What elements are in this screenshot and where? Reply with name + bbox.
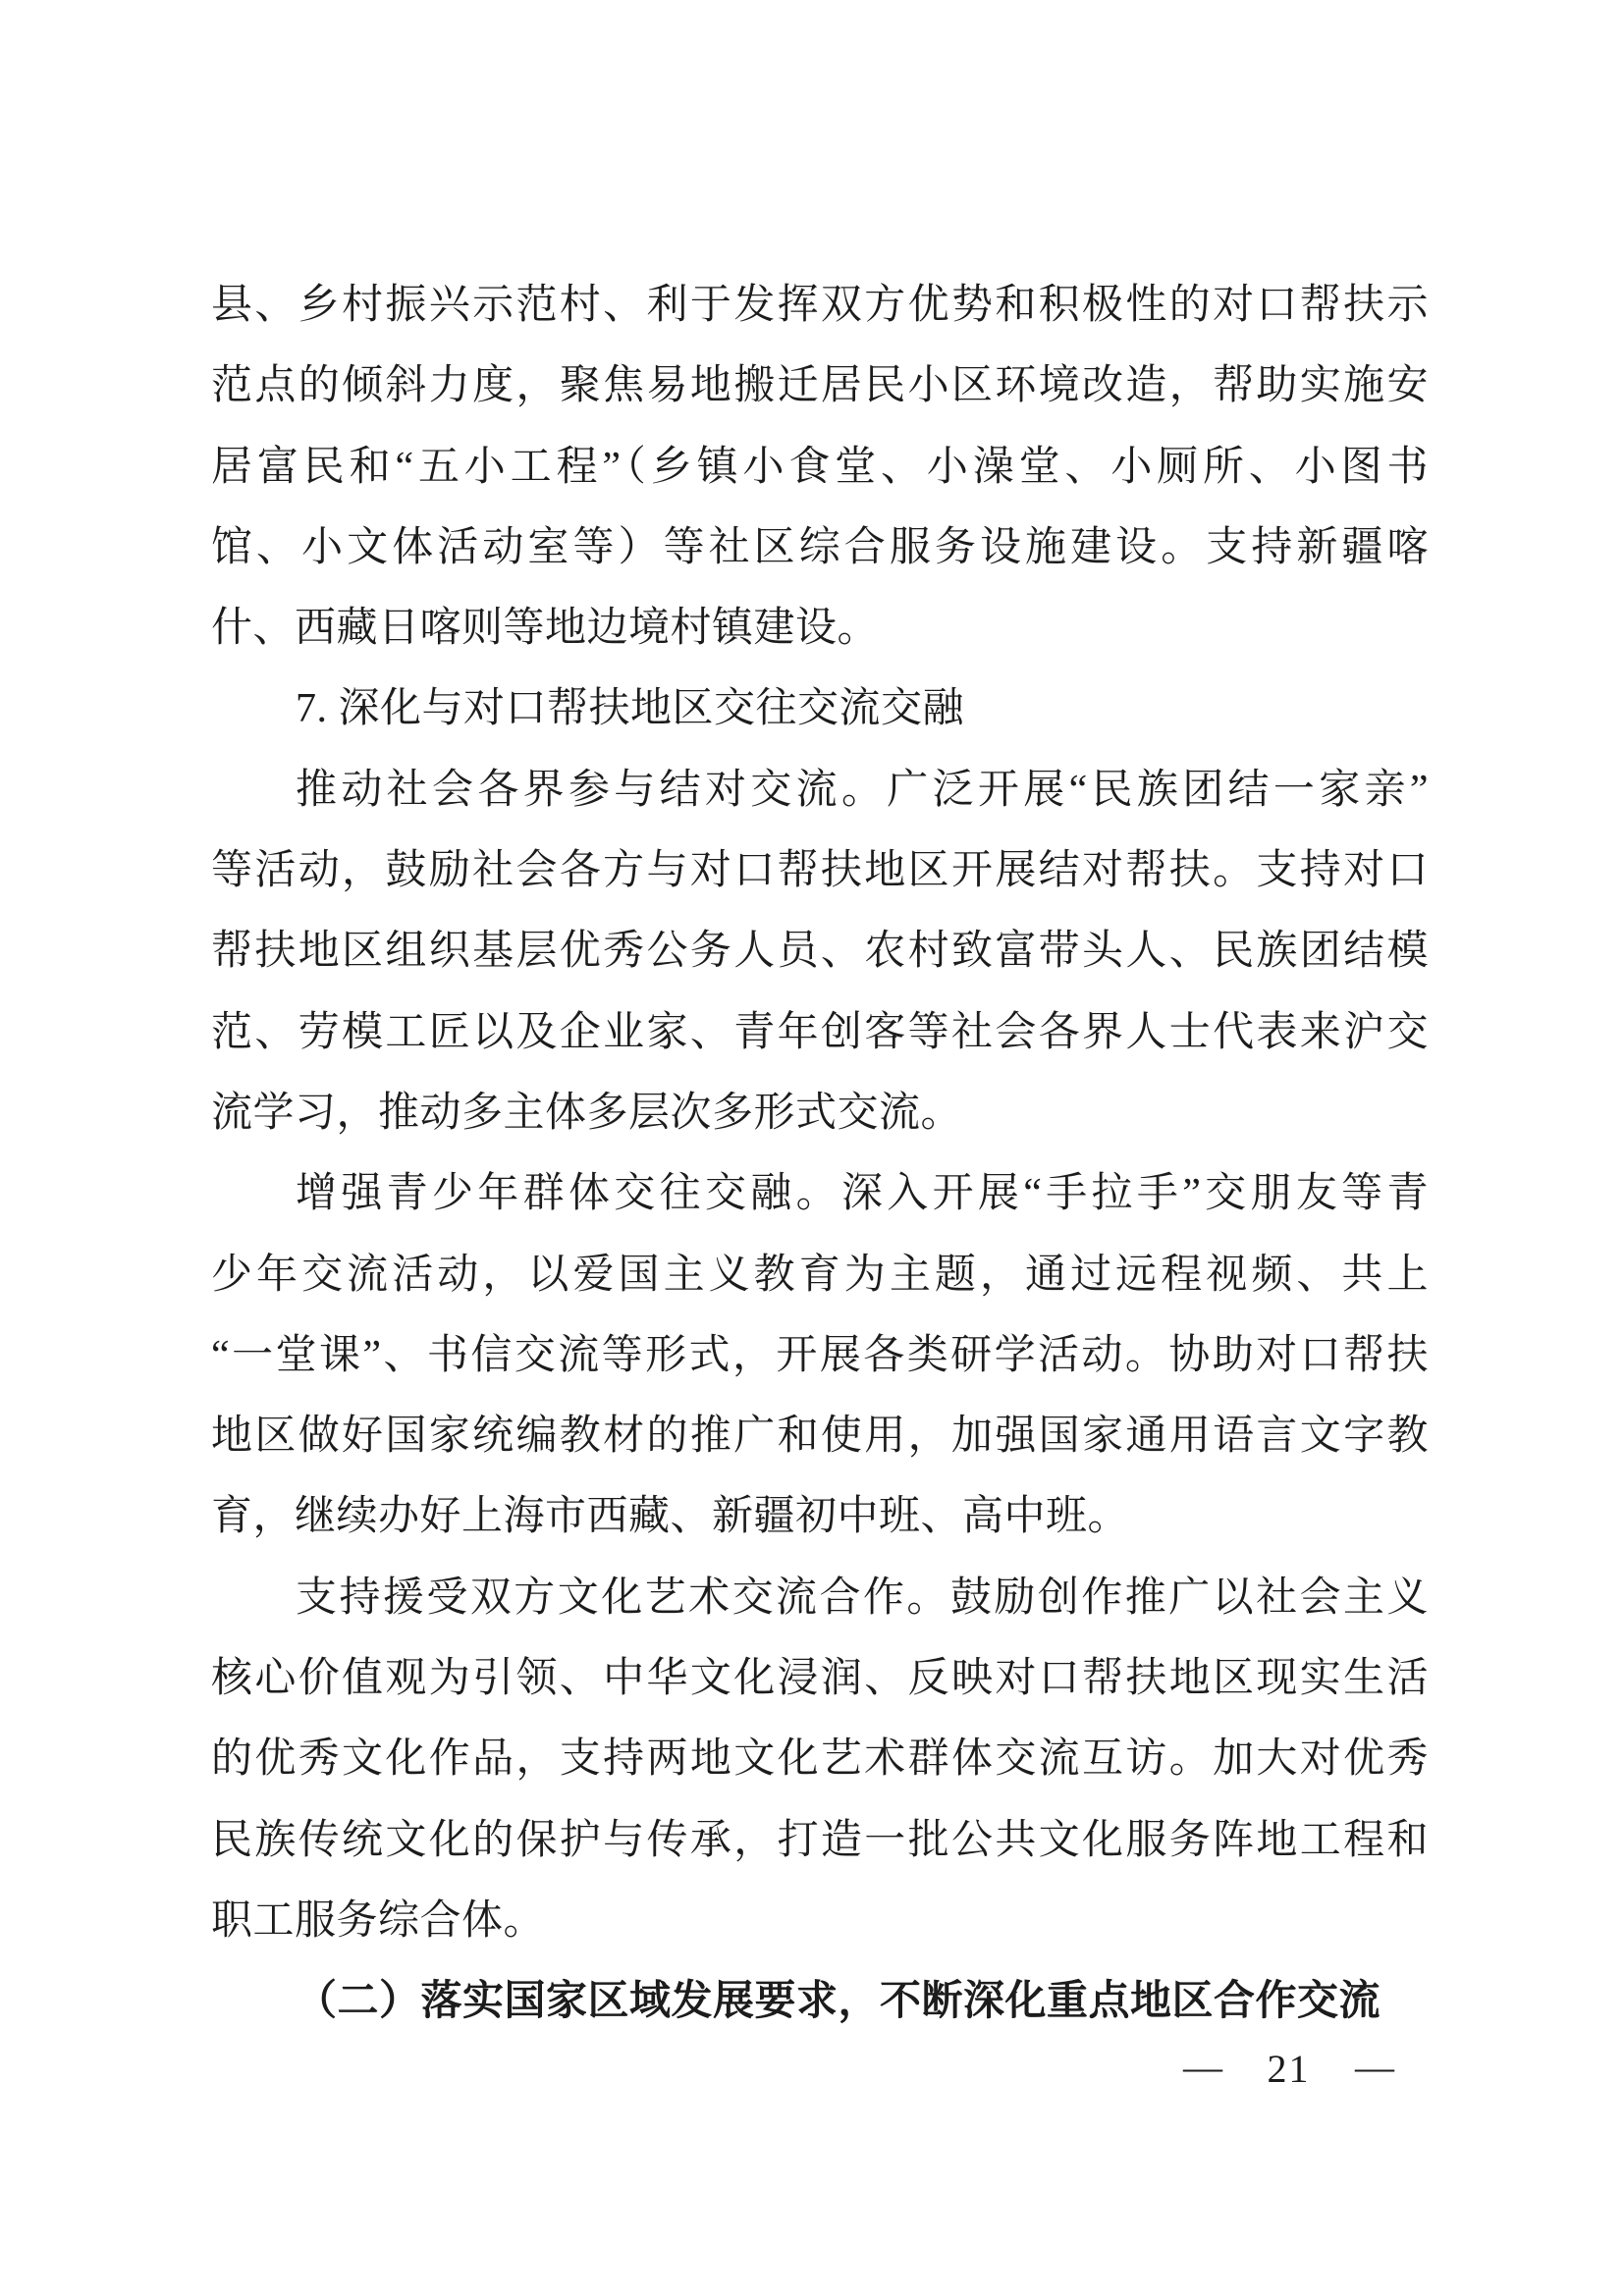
section-heading-7: 7. 深化与对口帮扶地区交往交流交融 <box>211 668 1429 749</box>
paragraph-line: 居富民和“五小工程”（乡镇小食堂、小澡堂、小厕所、小图书 <box>211 427 1429 507</box>
footer-dash-left: — <box>1183 2044 1222 2090</box>
paragraph-line: 范、劳模工匠以及企业家、青年创客等社会各界人士代表来沪交 <box>211 992 1429 1073</box>
page-footer: — 21 — <box>1183 2044 1394 2093</box>
paragraph-line: 少年交流活动，以爱国主义教育为主题，通过远程视频、共上 <box>211 1235 1429 1315</box>
paragraph-line: 帮扶地区组织基层优秀公务人员、农村致富带头人、民族团结模 <box>211 911 1429 991</box>
paragraph-line: 推动社会各界参与结对交流。广泛开展“民族团结一家亲” <box>211 750 1429 830</box>
paragraph-line: 育，继续办好上海市西藏、新疆初中班、高中班。 <box>211 1476 1429 1557</box>
page-number: 21 <box>1268 2046 1311 2092</box>
document-text-block: 县、乡村振兴示范村、利于发挥双方优势和积极性的对口帮扶示 范点的倾斜力度，聚焦易… <box>211 265 1429 2043</box>
section-heading-2: （二）落实国家区域发展要求，不断深化重点地区合作交流 <box>211 1961 1429 2042</box>
paragraph-line: 流学习，推动多主体多层次多形式交流。 <box>211 1073 1429 1153</box>
paragraph-line: 地区做好国家统编教材的推广和使用，加强国家通用语言文字教 <box>211 1396 1429 1476</box>
document-page: 县、乡村振兴示范村、利于发挥双方优势和积极性的对口帮扶示 范点的倾斜力度，聚焦易… <box>0 0 1624 2296</box>
paragraph-line: 支持援受双方文化艺术交流合作。鼓励创作推广以社会主义 <box>211 1558 1429 1638</box>
paragraph-line: 核心价值观为引领、中华文化浸润、反映对口帮扶地区现实生活 <box>211 1638 1429 1719</box>
paragraph-line: 什、西藏日喀则等地边境村镇建设。 <box>211 588 1429 668</box>
footer-dash-right: — <box>1355 2044 1394 2090</box>
paragraph-line: “一堂课”、书信交流等形式，开展各类研学活动。协助对口帮扶 <box>211 1315 1429 1396</box>
paragraph-line: 职工服务综合体。 <box>211 1881 1429 1961</box>
paragraph-line: 民族传统文化的保护与传承，打造一批公共文化服务阵地工程和 <box>211 1800 1429 1881</box>
paragraph-line: 等活动，鼓励社会各方与对口帮扶地区开展结对帮扶。支持对口 <box>211 830 1429 911</box>
paragraph-line: 增强青少年群体交往交融。深入开展“手拉手”交朋友等青 <box>211 1153 1429 1234</box>
paragraph-line: 的优秀文化作品，支持两地文化艺术群体交流互访。加大对优秀 <box>211 1719 1429 1799</box>
paragraph-line: 馆、小文体活动室等）等社区综合服务设施建设。支持新疆喀 <box>211 507 1429 588</box>
paragraph-line: 县、乡村振兴示范村、利于发挥双方优势和积极性的对口帮扶示 <box>211 265 1429 346</box>
paragraph-line: 范点的倾斜力度，聚焦易地搬迁居民小区环境改造，帮助实施安 <box>211 346 1429 426</box>
